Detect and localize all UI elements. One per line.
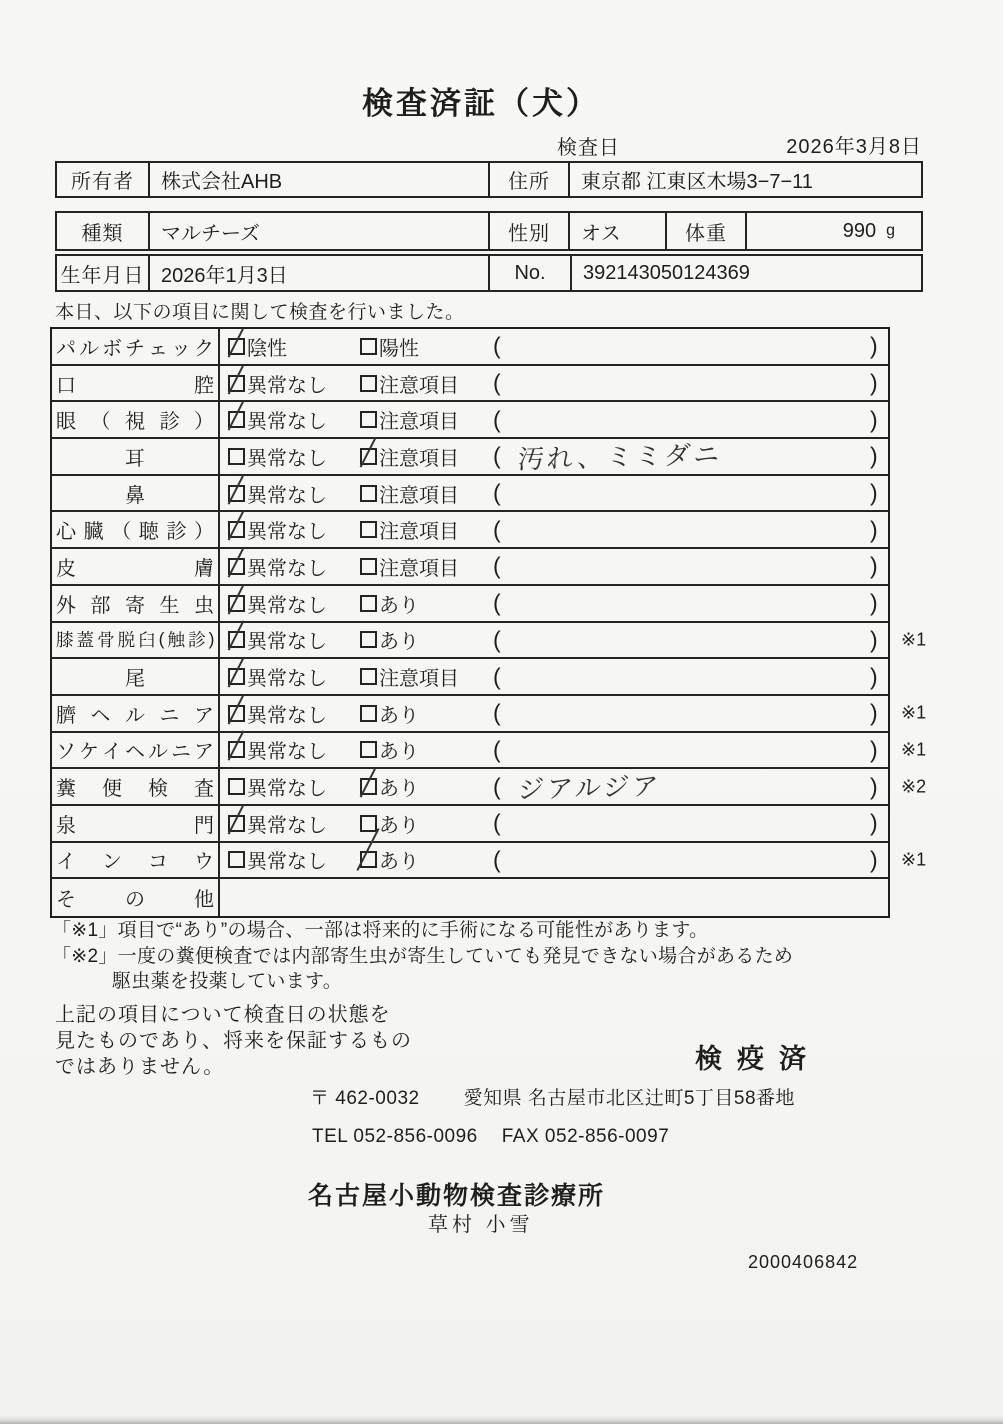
option-label: 異常なし — [247, 625, 327, 654]
checklist-row: その他 — [52, 879, 888, 916]
result-option: 異常なし — [228, 586, 327, 621]
result-cell: 異常なしあり() — [220, 623, 888, 658]
result-option: 注意項目 — [360, 549, 459, 584]
result-option: あり — [360, 623, 419, 658]
checkbox-checked — [228, 558, 245, 575]
item-label-char: ケ — [79, 735, 99, 764]
clinic-postal-code: 〒 462-0032 — [310, 1088, 420, 1109]
checkbox-unchecked — [360, 411, 377, 428]
paren-open: ( — [493, 406, 501, 433]
item-label-char: パ — [56, 332, 76, 361]
item-label-char: 臼 — [138, 627, 155, 652]
item-label-char: そ — [56, 883, 76, 912]
result-cell: 異常なしあり() — [220, 696, 888, 731]
checklist-row: 口腔異常なし注意項目() — [52, 366, 888, 403]
item-label-char: 心 — [56, 515, 76, 544]
checkbox-checked — [360, 448, 377, 465]
item-label-char: 部 — [91, 589, 111, 618]
item-label-char: （ — [91, 405, 111, 434]
inspection-date-label: 検査日 — [557, 131, 620, 160]
checkbox-checked — [228, 375, 245, 392]
item-label-char: 耳 — [125, 442, 145, 471]
checklist-row: 心臓（聴診）異常なし注意項目() — [52, 512, 888, 549]
paren-open: ( — [493, 516, 501, 543]
paren-open: ( — [493, 553, 501, 580]
disclaimer-line2: 見たものであり、将来を保証するもの — [55, 1028, 412, 1054]
item-label-char: 視 — [125, 405, 145, 434]
check-mark-icon — [228, 731, 245, 761]
clinic-name: 名古屋小動物検査診療所 — [308, 1176, 605, 1212]
paren-open: ( — [493, 443, 501, 470]
check-mark-icon — [228, 657, 245, 687]
item-label-char: 鼻 — [125, 479, 145, 508]
footnote-mark: ※1 — [901, 739, 926, 760]
option-label: あり — [379, 699, 419, 728]
paren-open: ( — [493, 590, 501, 617]
item-label-char: 聴 — [139, 515, 159, 544]
birthdate-label: 生年月日 — [57, 256, 150, 290]
item-label: 糞便検査 — [52, 769, 220, 804]
item-label-char: 診 — [160, 405, 180, 434]
option-label: 注意項目 — [379, 552, 459, 581]
result-option: 異常なし — [228, 476, 327, 511]
item-label-char: 診 — [188, 627, 205, 652]
checkbox-unchecked — [228, 778, 245, 795]
result-cell: 陰性陽性() — [220, 329, 888, 364]
item-label-char: ソ — [56, 735, 76, 764]
result-option: 異常なし — [228, 402, 327, 437]
checklist-row: インコウ異常なしあり()※1 — [52, 843, 888, 880]
item-label-char: チ — [125, 332, 145, 361]
item-label: 泉門 — [52, 806, 220, 841]
result-option: 異常なし — [228, 549, 327, 584]
checkbox-checked — [228, 741, 245, 758]
paren-close: ) — [870, 370, 878, 397]
checkbox-unchecked — [360, 631, 377, 648]
result-option: あり — [360, 769, 419, 804]
item-label-char: ヘ — [91, 699, 111, 728]
checklist-row: ソケイヘルニア異常なしあり()※1 — [52, 733, 888, 770]
quarantine-passed-stamp: 検疫済 — [695, 1037, 821, 1076]
result-option: 異常なし — [228, 843, 327, 878]
option-label: 異常なし — [247, 589, 327, 618]
veterinarian-name: 草村 小雪 — [428, 1208, 534, 1237]
paren-close: ) — [870, 406, 878, 433]
paren-close: ) — [870, 443, 878, 470]
item-label-char: 検 — [148, 772, 168, 801]
result-cell: 異常なしあり()ジアルジア — [220, 769, 888, 804]
item-label: 尾 — [52, 659, 220, 694]
item-label-char: ル — [79, 332, 99, 361]
weight-label: 体重 — [667, 213, 747, 249]
option-label: 異常なし — [247, 405, 327, 434]
item-label-char: 外 — [56, 589, 76, 618]
item-label-char: 診 — [166, 515, 186, 544]
check-mark-icon — [228, 511, 245, 541]
item-label: 外部寄生虫 — [52, 586, 220, 621]
option-label: 異常なし — [247, 552, 327, 581]
result-cell: 異常なし注意項目() — [220, 512, 888, 547]
item-label: 膝蓋骨脱臼(触診) — [52, 623, 220, 658]
item-label-char: ボ — [102, 332, 122, 361]
paren-close: ) — [870, 663, 878, 690]
disclaimer-line3: ではありません。 — [55, 1054, 412, 1080]
paren-close: ) — [870, 736, 878, 763]
item-label-char: 糞 — [56, 772, 76, 801]
item-label-char: ク — [194, 332, 214, 361]
footnote-mark: ※1 — [901, 629, 926, 650]
item-label: 耳 — [52, 439, 220, 474]
result-option: 注意項目 — [360, 366, 459, 401]
item-label-char: の — [125, 883, 145, 912]
checkbox-unchecked — [360, 338, 377, 355]
item-label-char: ア — [194, 735, 214, 764]
item-label: 鼻 — [52, 476, 220, 511]
checkbox-unchecked — [360, 485, 377, 502]
item-label-char: 臍 — [56, 699, 76, 728]
checkbox-unchecked — [360, 595, 377, 612]
result-option: 注意項目 — [360, 659, 459, 694]
item-label-char: 便 — [102, 772, 122, 801]
checkbox-checked — [228, 815, 245, 832]
checkbox-unchecked — [360, 558, 377, 575]
checklist-row: 臍ヘルニア異常なしあり()※1 — [52, 696, 888, 733]
paren-open: ( — [493, 846, 501, 873]
checklist-row: 鼻異常なし注意項目() — [52, 476, 888, 513]
paren-open: ( — [493, 480, 501, 507]
footnote-mark: ※2 — [901, 776, 926, 797]
paren-open: ( — [493, 663, 501, 690]
checklist-row: 糞便検査異常なしあり()ジアルジア※2 — [52, 769, 888, 806]
check-mark-icon — [228, 364, 245, 394]
weight-unit: g — [886, 222, 895, 240]
result-option: 異常なし — [228, 512, 327, 547]
paren-open: ( — [493, 810, 501, 837]
result-cell: 異常なしあり() — [220, 586, 888, 621]
footnote-mark: ※1 — [901, 849, 926, 870]
paren-close: ) — [870, 480, 878, 507]
weight-number: 990 — [843, 220, 876, 243]
item-label-char: コ — [148, 845, 168, 874]
result-cell: 異常なし注意項目() — [220, 659, 888, 694]
item-label-char: イ — [102, 735, 122, 764]
item-label-char: ル — [125, 699, 145, 728]
checkbox-checked — [228, 485, 245, 502]
option-label: 陽性 — [379, 332, 419, 361]
result-option: 異常なし — [228, 733, 327, 768]
result-option: 異常なし — [228, 806, 327, 841]
item-label-char: 門 — [194, 809, 214, 838]
option-label: 注意項目 — [379, 442, 459, 471]
item-label: パルボチェック — [52, 329, 220, 364]
option-label: あり — [379, 845, 419, 874]
paren-open: ( — [493, 773, 501, 800]
option-label: 異常なし — [247, 369, 327, 398]
option-label: 異常なし — [247, 699, 327, 728]
paren-open: ( — [493, 626, 501, 653]
result-cell: 異常なしあり() — [220, 733, 888, 768]
item-label: 口腔 — [52, 366, 220, 401]
item-label-char: ア — [194, 699, 214, 728]
option-label: 注意項目 — [379, 662, 459, 691]
footnote-2-line2: 駆虫薬を投薬しています。 — [52, 969, 793, 995]
result-cell: 異常なし注意項目() — [220, 402, 888, 437]
scan-bottom-shadow — [0, 1415, 1003, 1424]
item-label-char: ウ — [194, 845, 214, 874]
checklist-row: パルボチェック陰性陽性() — [52, 329, 888, 366]
footnote-mark: ※1 — [901, 703, 926, 724]
breed-value: マルチーズ — [150, 213, 490, 249]
result-option: 異常なし — [228, 623, 327, 658]
item-label-char: 膝 — [56, 627, 73, 652]
result-cell: 異常なし注意項目() — [220, 476, 888, 511]
paren-close: ) — [870, 553, 878, 580]
clinic-tel: TEL 052-856-0096 — [312, 1126, 478, 1147]
clinic-fax: FAX 052-856-0097 — [502, 1126, 670, 1147]
result-option: あり — [360, 696, 419, 731]
item-label-char: ッ — [171, 332, 191, 361]
result-option: 陰性 — [228, 329, 287, 364]
item-label-char: 泉 — [56, 809, 76, 838]
item-label-char: ニ — [171, 735, 191, 764]
disclaimer-line1: 上記の項目について検査日の状態を — [55, 1002, 412, 1028]
handwritten-note: ジアルジア — [517, 765, 663, 806]
result-option: 異常なし — [228, 366, 327, 401]
paren-close: ) — [870, 700, 878, 727]
item-label-char: ） — [194, 405, 214, 434]
checkbox-checked — [228, 595, 245, 612]
check-mark-icon — [228, 474, 245, 504]
item-label-char: 生 — [160, 589, 180, 618]
checklist-row: 泉門異常なしあり() — [52, 806, 888, 843]
checklist-row: 膝蓋骨脱臼(触診)異常なしあり()※1 — [52, 623, 888, 660]
clinic-address: 愛知県 名古屋市北区辻町5丁目58番地 — [464, 1088, 795, 1109]
item-label: インコウ — [52, 843, 220, 878]
check-mark-icon — [228, 401, 245, 431]
option-label: あり — [379, 625, 419, 654]
clinic-tel-line: TEL 052-856-0096FAX 052-856-0097 — [312, 1126, 669, 1148]
birthdate-value: 2026年1月3日 — [150, 256, 490, 290]
item-label-char: （ — [111, 515, 131, 544]
item-label-char: ル — [148, 735, 168, 764]
paren-open: ( — [493, 333, 501, 360]
paren-close: ) — [870, 626, 878, 653]
checkbox-unchecked — [360, 375, 377, 392]
result-option: あり — [360, 806, 419, 841]
checklist-table: パルボチェック陰性陽性()口腔異常なし注意項目()眼（視診）異常なし注意項目()… — [50, 327, 890, 918]
option-label: 注意項目 — [379, 369, 459, 398]
item-label-char: 腔 — [194, 369, 214, 398]
paren-open: ( — [493, 700, 501, 727]
checkbox-checked — [228, 668, 245, 685]
item-label-char: 臓 — [84, 515, 104, 544]
item-label-char: ( — [159, 629, 164, 650]
item-label-char: 脱 — [118, 627, 135, 652]
result-option: 異常なし — [228, 659, 327, 694]
result-option: 注意項目 — [360, 512, 459, 547]
paren-close: ) — [870, 846, 878, 873]
item-label-char: ) — [209, 629, 214, 650]
option-label: 陰性 — [247, 332, 287, 361]
result-option: 注意項目 — [360, 439, 459, 474]
result-cell: 異常なしあり() — [220, 843, 888, 878]
checkbox-checked — [228, 521, 245, 538]
option-label: 異常なし — [247, 515, 327, 544]
option-label: あり — [379, 589, 419, 618]
option-label: 注意項目 — [379, 479, 459, 508]
item-label-char: イ — [56, 845, 76, 874]
paren-close: ) — [870, 810, 878, 837]
owner-address-value: 東京都 江東区木場3−7−11 — [570, 163, 921, 196]
result-option: 陽性 — [360, 329, 419, 364]
footnotes: 「※1」項目で“あり”の場合、一部は将来的に手術になる可能性があります。 「※2… — [52, 918, 793, 995]
checklist-row: 外部寄生虫異常なしあり() — [52, 586, 888, 623]
option-label: 異常なし — [247, 772, 327, 801]
check-mark-icon — [228, 327, 245, 357]
paren-close: ) — [870, 333, 878, 360]
check-mark-icon — [228, 547, 245, 577]
item-label-char: ） — [194, 515, 214, 544]
item-label-char: 他 — [194, 883, 214, 912]
check-mark-icon — [228, 584, 245, 614]
check-mark-icon — [228, 621, 245, 651]
paren-close: ) — [870, 590, 878, 617]
checkbox-checked — [228, 631, 245, 648]
checkbox-checked — [228, 338, 245, 355]
checkbox-unchecked — [228, 851, 245, 868]
checkbox-unchecked — [228, 448, 245, 465]
owner-address-label: 住所 — [490, 163, 570, 196]
sex-label: 性別 — [490, 213, 570, 249]
result-option: あり — [360, 733, 419, 768]
item-label: その他 — [52, 879, 220, 916]
option-label: 注意項目 — [379, 515, 459, 544]
paren-close: ) — [870, 516, 878, 543]
owner-info-table: 所有者 株式会社AHB 住所 東京都 江東区木場3−7−11 — [55, 161, 923, 198]
option-label: あり — [379, 772, 419, 801]
item-label: 臍ヘルニア — [52, 696, 220, 731]
result-cell: 異常なし注意項目() — [220, 366, 888, 401]
no-label: No. — [490, 256, 570, 290]
item-label-char: 査 — [194, 772, 214, 801]
option-label: あり — [379, 735, 419, 764]
item-label: ソケイヘルニア — [52, 733, 220, 768]
checkbox-unchecked — [360, 741, 377, 758]
pet-info-table-row2: 生年月日 2026年1月3日 No. 392143050124369 — [55, 254, 923, 292]
check-mark-icon — [228, 804, 245, 834]
item-label-char: 眼 — [56, 405, 76, 434]
sex-value: オス — [570, 213, 667, 249]
paren-open: ( — [493, 736, 501, 763]
footnote-2-line1: 「※2」一度の糞便検査では内部寄生虫が寄生していても発見できない場合があるため — [52, 944, 793, 970]
item-label-char: ヘ — [125, 735, 145, 764]
handwritten-note: 汚れ、ミミダニ — [517, 434, 724, 476]
checklist-row: 眼（視診）異常なし注意項目() — [52, 402, 888, 439]
item-label: 心臓（聴診） — [52, 512, 220, 547]
result-cell — [220, 879, 888, 916]
pet-info-table-row1: 種類 マルチーズ 性別 オス 体重 990 g — [55, 211, 923, 251]
item-label-char: 膚 — [194, 552, 214, 581]
paren-open: ( — [493, 370, 501, 397]
item-label-char: 尾 — [125, 662, 145, 691]
inspection-date-value: 2026年3月8日 — [700, 130, 922, 159]
result-option: 異常なし — [228, 769, 327, 804]
option-label: 異常なし — [247, 809, 327, 838]
weight-value: 990 g — [747, 213, 921, 249]
item-label: 眼（視診） — [52, 402, 220, 437]
intro-sentence: 本日、以下の項目に関して検査を行いました。 — [55, 297, 465, 324]
check-mark-icon — [360, 437, 377, 467]
check-mark-icon — [360, 767, 377, 797]
checkbox-checked — [228, 411, 245, 428]
breed-label: 種類 — [57, 213, 150, 249]
item-label-char: 寄 — [125, 589, 145, 618]
result-option: あり — [360, 843, 419, 878]
footnote-1: 「※1」項目で“あり”の場合、一部は将来的に手術になる可能性があります。 — [52, 918, 793, 944]
option-label: あり — [379, 809, 419, 838]
result-cell: 異常なしあり() — [220, 806, 888, 841]
no-value: 392143050124369 — [570, 256, 921, 290]
checklist-row: 耳異常なし注意項目()汚れ、ミミダニ — [52, 439, 888, 476]
option-label: 異常なし — [247, 479, 327, 508]
owner-label: 所有者 — [57, 163, 150, 196]
item-label-char: ン — [102, 845, 122, 874]
option-label: 注意項目 — [379, 405, 459, 434]
checkbox-unchecked — [360, 521, 377, 538]
checklist-row: 尾異常なし注意項目() — [52, 659, 888, 696]
item-label-char: 骨 — [97, 627, 114, 652]
item-label-char: ニ — [160, 699, 180, 728]
result-option: 異常なし — [228, 696, 327, 731]
option-label: 異常なし — [247, 735, 327, 764]
item-label-char: 虫 — [194, 589, 214, 618]
result-cell: 異常なし注意項目()汚れ、ミミダニ — [220, 439, 888, 474]
item-label: 皮膚 — [52, 549, 220, 584]
serial-number: 2000406842 — [748, 1252, 858, 1273]
checkbox-unchecked — [360, 705, 377, 722]
item-label-char: ェ — [148, 332, 168, 361]
option-label: 異常なし — [247, 845, 327, 874]
result-option: 注意項目 — [360, 476, 459, 511]
result-option: あり — [360, 586, 419, 621]
item-label-char: 皮 — [56, 552, 76, 581]
clinic-postal-line: 〒 462-0032愛知県 名古屋市北区辻町5丁目58番地 — [310, 1083, 795, 1110]
checkbox-unchecked — [360, 815, 377, 832]
checkbox-checked — [228, 705, 245, 722]
result-option: 異常なし — [228, 439, 327, 474]
checklist-row: 皮膚異常なし注意項目() — [52, 549, 888, 586]
option-label: 異常なし — [247, 662, 327, 691]
page-title: 検査済証（犬） — [0, 78, 962, 123]
result-option: 注意項目 — [360, 402, 459, 437]
checkbox-unchecked — [360, 668, 377, 685]
paren-close: ) — [870, 773, 878, 800]
owner-name-value: 株式会社AHB — [150, 163, 490, 196]
checkbox-checked — [360, 778, 377, 795]
check-mark-icon — [228, 694, 245, 724]
item-label-char: 口 — [56, 369, 76, 398]
disclaimer-text: 上記の項目について検査日の状態を 見たものであり、将来を保証するもの ではありま… — [55, 1002, 412, 1080]
checkbox-checked — [360, 851, 377, 868]
result-cell: 異常なし注意項目() — [220, 549, 888, 584]
item-label-char: 触 — [168, 627, 185, 652]
option-label: 異常なし — [247, 442, 327, 471]
item-label-char: 蓋 — [77, 627, 94, 652]
